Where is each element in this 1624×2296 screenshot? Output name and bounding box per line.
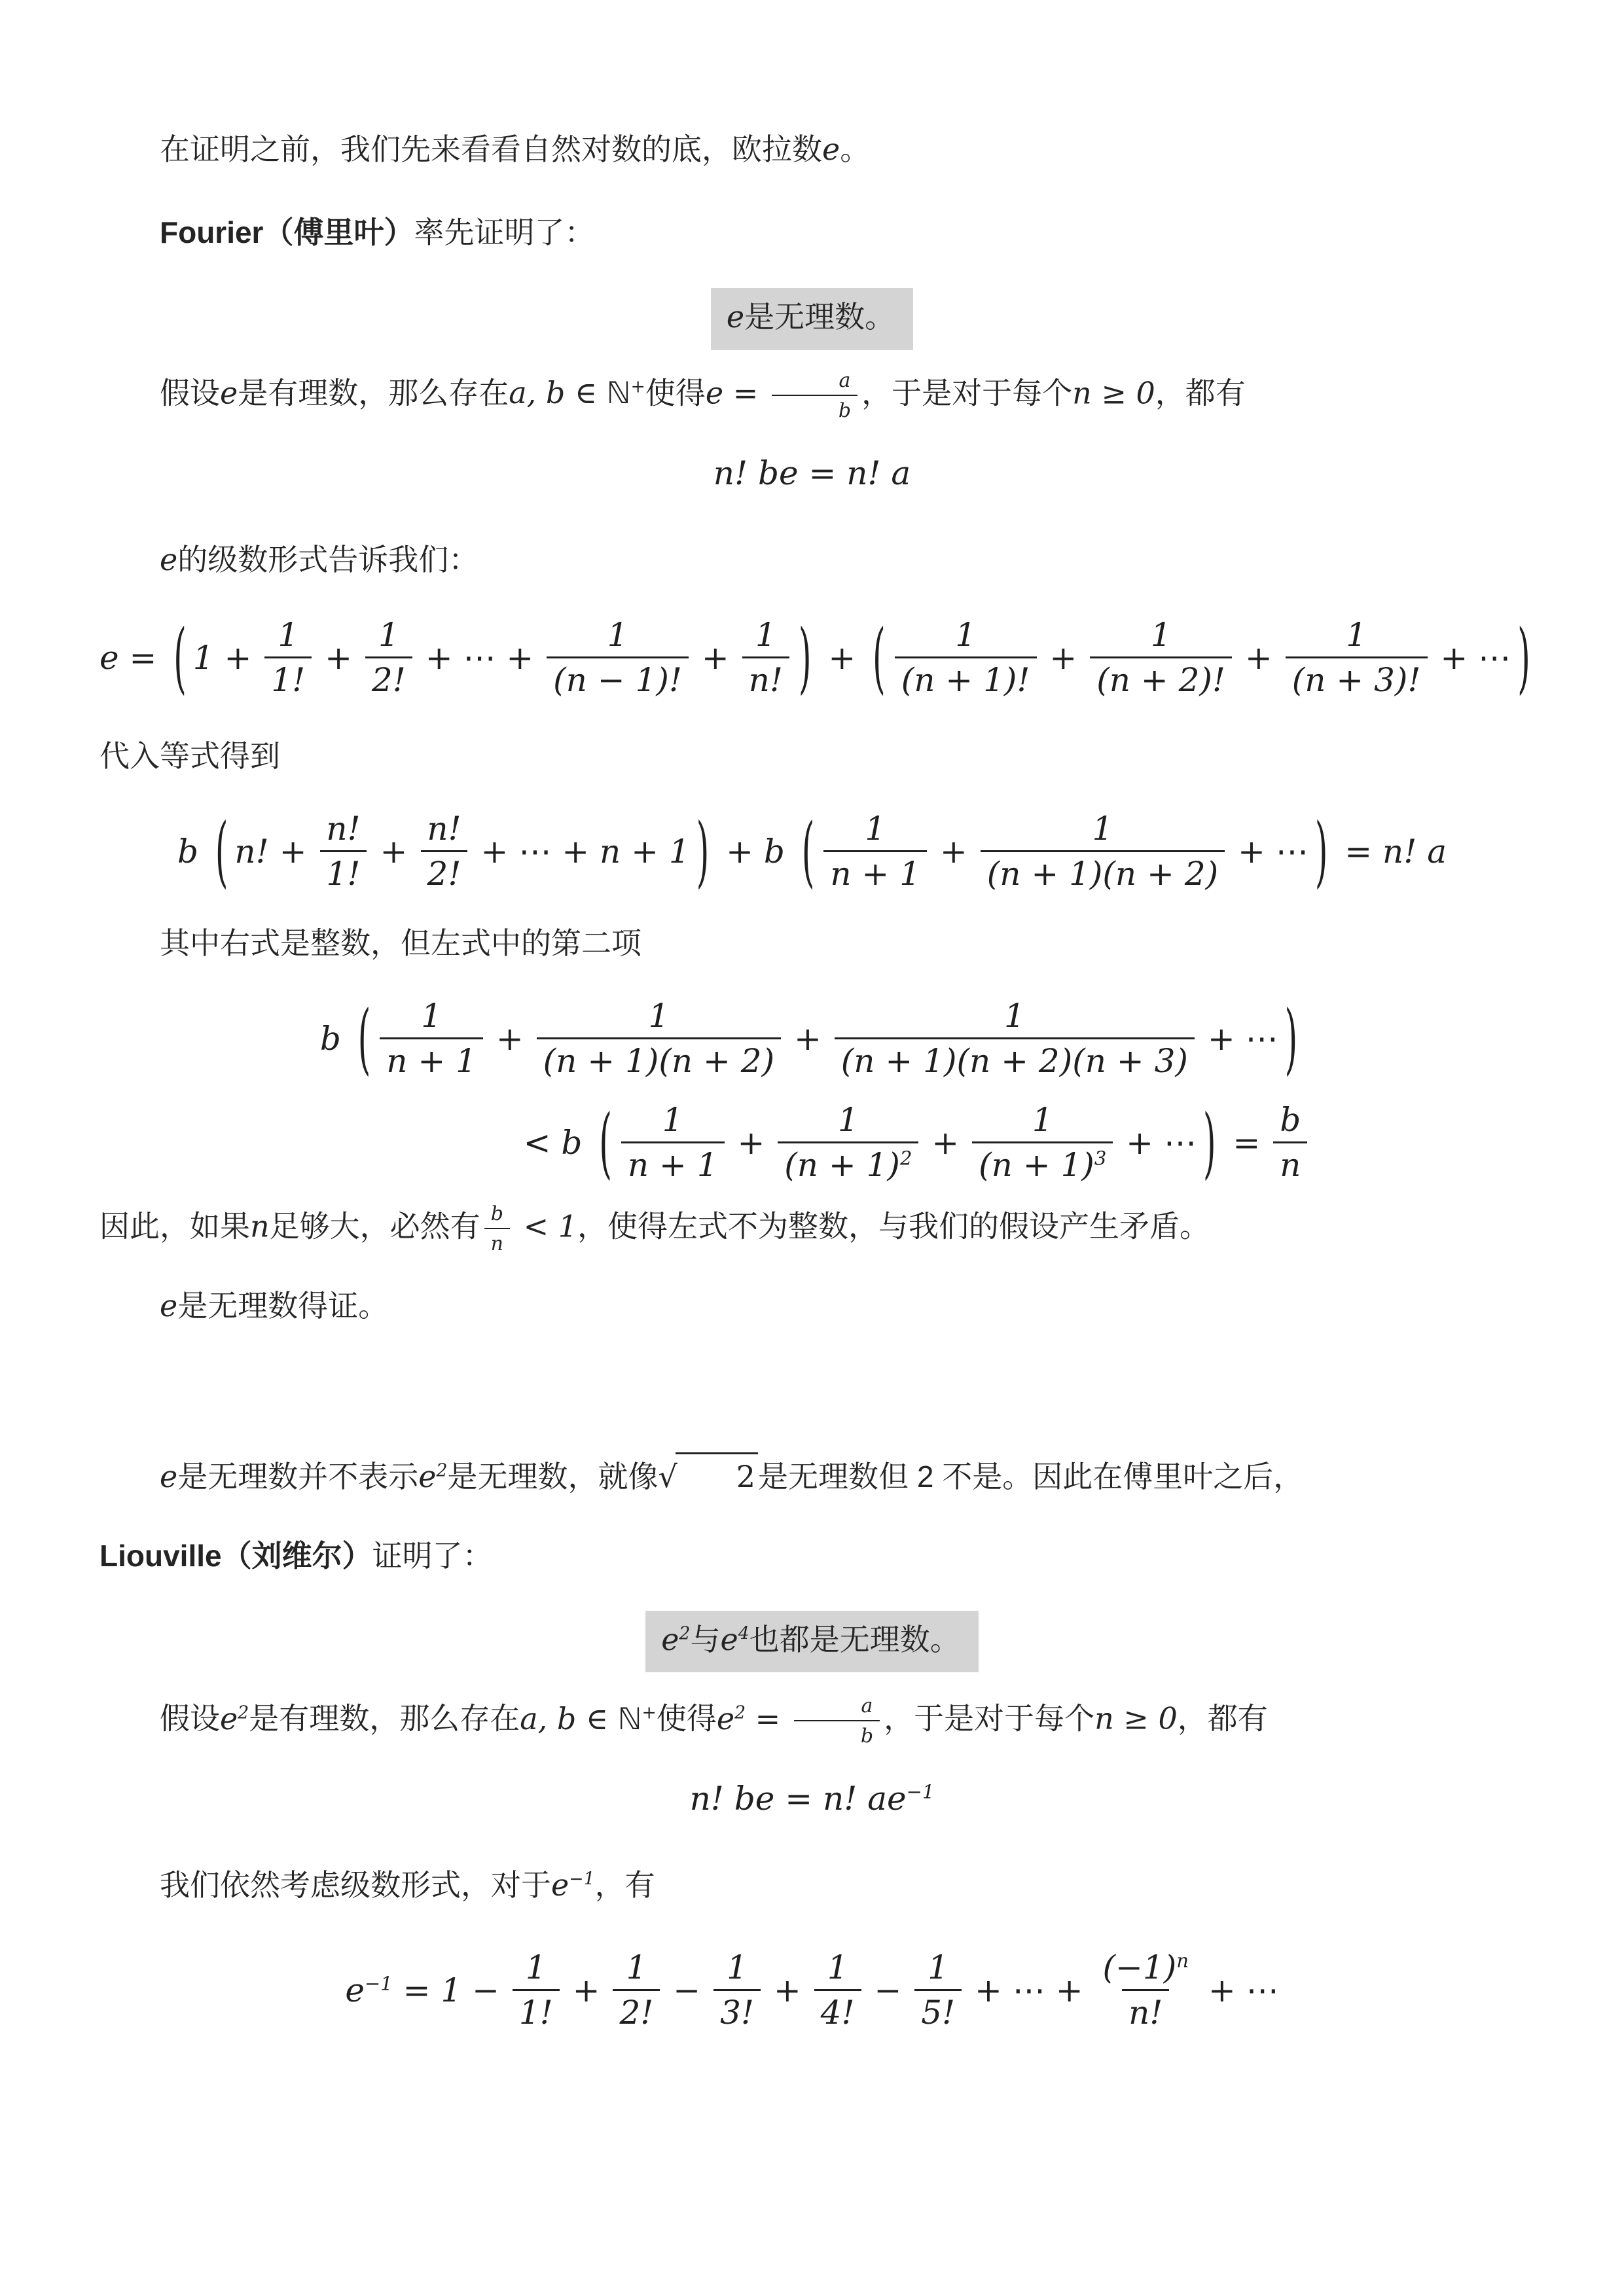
fraction-denominator: 2!: [421, 850, 468, 892]
math-run: + ⋯ +: [964, 1971, 1093, 2009]
math-run: +: [929, 833, 978, 870]
math-run: e: [822, 132, 840, 167]
math-run: +: [1235, 639, 1283, 677]
math-run: e−1: [551, 1867, 595, 1903]
math-run: e2 =: [717, 1701, 790, 1736]
fraction-denominator: n: [484, 1228, 510, 1255]
superscript: 2: [436, 1460, 447, 1480]
math-run: + ⋯: [1430, 639, 1511, 677]
text-run: 也都是无理数。: [749, 1623, 960, 1657]
fraction-denominator: 3!: [713, 1989, 761, 2031]
superscript: −1: [569, 1869, 594, 1890]
math-run: e2: [220, 1701, 249, 1736]
highlight-line: e2与e4也都是无理数。: [99, 1611, 1525, 1672]
stretched-paren: (: [599, 1098, 612, 1187]
stretched-paren: (: [358, 994, 371, 1083]
math-run: e: [160, 542, 177, 577]
fraction: 11!: [513, 1950, 560, 2031]
math-run: + ⋯: [1197, 1020, 1278, 1058]
math-run: + ⋯ +: [415, 639, 544, 677]
text-run: ，都有: [1178, 1702, 1268, 1736]
equation: e−1 = 1 − 11! + 12! − 13! + 14! − 15! + …: [99, 1950, 1525, 2031]
math-run: e: [160, 1459, 177, 1494]
fraction-denominator: 1!: [513, 1989, 560, 2031]
fraction-denominator: n!: [742, 656, 789, 698]
bold-text-run: Liouville（刘维尔）: [99, 1539, 372, 1573]
fraction: 1(n + 1)(n + 2): [981, 811, 1225, 892]
superscript: +: [641, 1703, 656, 1723]
math-run: +: [784, 1020, 832, 1058]
fraction-numerator: 1: [831, 1102, 865, 1141]
equation-content: < b (1n + 1 + 1(n + 1)2 + 1(n + 1)3 + ⋯)…: [524, 1102, 1310, 1183]
fraction-numerator: 1: [656, 1102, 690, 1141]
math-run: 1 +: [193, 639, 262, 677]
math-run: e: [220, 375, 238, 410]
math-run: + b: [715, 833, 795, 870]
fraction-numerator: b: [484, 1203, 510, 1228]
math-run: +: [486, 1020, 534, 1058]
fraction: 1n!: [742, 617, 789, 698]
math-run: −: [864, 1971, 912, 2009]
fraction-numerator: 1: [641, 998, 676, 1037]
superscript: +: [630, 377, 645, 397]
text-run: 率先证明了：: [414, 215, 594, 249]
fraction-numerator: 1: [414, 998, 448, 1037]
math-run: +: [763, 1971, 812, 2009]
equation: b (n! + n!1! + n!2! + ⋯ + n + 1) + b (1n…: [99, 811, 1525, 892]
math-run: n! +: [234, 833, 317, 870]
stretched-paren: ): [1285, 994, 1298, 1083]
fraction-denominator: n + 1: [621, 1141, 725, 1183]
text-run: 是无理数并不表示: [177, 1460, 418, 1494]
paragraph: 其中右式是整数，但左式中的第二项: [99, 922, 1525, 965]
fraction: 12!: [365, 617, 412, 698]
paragraph: 我们依然考虑级数形式，对于e−1，有: [99, 1863, 1525, 1907]
fraction-denominator: (n + 2)!: [1090, 656, 1232, 698]
text-run: ，使得左式不为整数，与我们的假设产生矛盾。: [577, 1209, 1210, 1243]
text-run: 因此，如果: [99, 1209, 250, 1243]
text-run: 在证明之前，我们先来看看自然对数的底，欧拉数: [160, 132, 822, 166]
fraction-numerator: 1: [858, 811, 892, 850]
text-run: 是有理数，那么存在: [238, 376, 509, 410]
math-run: + ⋯: [1115, 1124, 1197, 1162]
fraction: 14!: [814, 1950, 861, 2031]
paragraph: 代入等式得到: [99, 734, 1525, 778]
equation-content: n! be = n! a: [713, 454, 911, 492]
radical-sign: √: [658, 1459, 677, 1494]
equation: n! be = n! a: [99, 454, 1525, 492]
math-run: n ≥ 0: [1094, 1701, 1178, 1736]
math-run: e: [727, 299, 744, 334]
math-run: +: [691, 639, 740, 677]
fraction: 1(n + 1)(n + 2)(n + 3): [835, 998, 1195, 1079]
fraction: 1(n − 1)!: [547, 617, 689, 698]
fraction: bn: [1273, 1102, 1307, 1183]
text-run: 使得: [657, 1702, 717, 1736]
math-run: +: [1039, 639, 1088, 677]
text-run: 证明了：: [372, 1539, 493, 1573]
equation: n! be = n! ae−1: [99, 1780, 1525, 1818]
paragraph: 假设e是有理数，那么存在a, b ∈ ℕ+使得e = ab，于是对于每个n ≥ …: [99, 370, 1525, 422]
math-run: e =: [706, 375, 768, 410]
math-run: +: [562, 1971, 611, 2009]
math-run: e: [160, 1288, 177, 1323]
math-run: +: [370, 833, 418, 870]
superscript: −1: [907, 1781, 935, 1803]
fraction: 1(n + 1)!: [895, 617, 1037, 698]
fraction: 1(n + 1)2: [778, 1102, 918, 1183]
text-run: 假设: [160, 1702, 220, 1736]
fraction-denominator: n: [1273, 1141, 1307, 1183]
fraction-numerator: 1: [519, 1950, 553, 1989]
math-run: b: [320, 1020, 352, 1058]
paragraph: 因此，如果n足够大，必然有bn < 1，使得左式不为整数，与我们的假设产生矛盾。: [99, 1203, 1525, 1255]
fraction-numerator: 1: [1144, 617, 1178, 656]
fraction: 13!: [713, 1950, 761, 2031]
math-run: e2: [418, 1459, 447, 1494]
fraction-numerator: 1: [998, 998, 1032, 1037]
superscript: 4: [738, 1624, 749, 1644]
fraction: 1(n + 1)3: [972, 1102, 1113, 1183]
math-run: e =: [99, 639, 167, 677]
math-run: + ⋯ + n + 1: [471, 833, 690, 870]
math-run: e−1 = 1 −: [345, 1971, 510, 2009]
math-run: b: [177, 833, 209, 870]
fraction: 1n + 1: [380, 998, 483, 1079]
math-run: n! be = n! a: [713, 454, 911, 492]
fraction-numerator: a: [772, 370, 857, 395]
highlight-line: e是无理数。: [99, 288, 1525, 350]
text-run: ，有: [595, 1868, 655, 1902]
text-run: 的级数形式告诉我们：: [177, 543, 478, 577]
fraction-numerator: 1: [1339, 617, 1373, 656]
fraction: (−1)nn!: [1096, 1950, 1195, 2031]
fraction: n!2!: [420, 811, 467, 892]
text-run: 是无理数。: [744, 300, 895, 334]
fraction-numerator: n!: [420, 811, 467, 850]
fraction-denominator: (n − 1)!: [547, 656, 689, 698]
fraction-numerator: 1: [1086, 811, 1120, 850]
fraction-numerator: b: [1273, 1102, 1307, 1141]
math-run: −: [662, 1971, 711, 2009]
math-run: n! be = n! ae−1: [690, 1780, 935, 1818]
math-run: +: [314, 639, 363, 677]
math-run: < 1: [514, 1208, 577, 1244]
math-run: +: [818, 639, 866, 677]
superscript: n: [1176, 1949, 1189, 1971]
fraction-denominator: b: [794, 1720, 880, 1747]
text-run: 是无理数但 2 不是。因此在傅里叶之后，: [758, 1460, 1303, 1494]
document-content: 在证明之前，我们先来看看自然对数的底，欧拉数e。Fourier（傅里叶）率先证明…: [99, 128, 1525, 2031]
equation-content: b (n! + n!1! + n!2! + ⋯ + n + 1) + b (1n…: [177, 811, 1447, 892]
fraction: 1(n + 3)!: [1286, 617, 1428, 698]
superscript: 2: [679, 1624, 691, 1644]
fraction: n!1!: [319, 811, 367, 892]
stretched-paren: ): [696, 807, 710, 896]
math-run: a, b ∈ ℕ+: [520, 1701, 657, 1736]
fraction-denominator: b: [772, 395, 857, 422]
equation-content: n! be = n! ae−1: [690, 1780, 935, 1818]
equation: < b (1n + 1 + 1(n + 1)2 + 1(n + 1)3 + ⋯)…: [99, 1102, 1525, 1183]
fraction: 1(n + 1)(n + 2): [537, 998, 781, 1079]
radicand: 2: [676, 1452, 758, 1499]
text-run: 使得: [645, 376, 706, 410]
document-page: 在证明之前，我们先来看看自然对数的底，欧拉数e。Fourier（傅里叶）率先证明…: [0, 0, 1624, 2296]
text-run: 是无理数，就像: [447, 1460, 658, 1494]
fraction-denominator: n + 1: [380, 1037, 483, 1079]
superscript: −1: [365, 1972, 393, 1994]
fraction-numerator: 1: [1026, 1102, 1060, 1141]
math-run: < b: [524, 1124, 593, 1162]
math-run: + ⋯: [1198, 1971, 1279, 2009]
stretched-paren: ): [799, 613, 812, 702]
fraction-numerator: n!: [319, 811, 367, 850]
equation: e = (1 + 11! + 12! + ⋯ + 1(n − 1)! + 1n!…: [99, 617, 1525, 698]
stretched-paren: ): [1517, 613, 1530, 702]
highlight-box: e2与e4也都是无理数。: [645, 1611, 978, 1672]
fraction-denominator: n!: [1122, 1989, 1169, 2031]
fraction-denominator: 1!: [264, 656, 312, 698]
fraction-denominator: (n + 1)(n + 2)(n + 3): [835, 1037, 1195, 1079]
paragraph: 假设e2是有理数，那么存在a, b ∈ ℕ+使得e2 = ab，于是对于每个n …: [99, 1695, 1525, 1747]
fraction-denominator: 2!: [613, 1989, 660, 2031]
fraction-denominator: (n + 1)!: [895, 656, 1037, 698]
fraction-denominator: 1!: [320, 850, 367, 892]
equation-content: b (1n + 1 + 1(n + 1)(n + 2) + 1(n + 1)(n…: [320, 998, 1304, 1079]
fraction-numerator: 1: [601, 617, 635, 656]
fraction-denominator: (n + 1)3: [972, 1141, 1113, 1183]
fraction-numerator: 1: [948, 617, 983, 656]
paragraph: Fourier（傅里叶）率先证明了：: [99, 211, 1525, 255]
fraction-numerator: 1: [821, 1950, 855, 1989]
text-run: 其中右式是整数，但左式中的第二项: [160, 926, 641, 960]
superscript: 3: [1094, 1147, 1106, 1169]
text-run: 足够大，必然有: [270, 1209, 480, 1243]
math-run: +: [727, 1124, 776, 1162]
paragraph: e的级数形式告诉我们：: [99, 538, 1525, 582]
paragraph: e是无理数得证。: [99, 1284, 1525, 1328]
fraction-numerator: 1: [720, 1950, 754, 1989]
math-run: e4: [721, 1622, 749, 1657]
fraction: ab: [794, 1695, 880, 1747]
math-run: n: [250, 1208, 270, 1244]
text-run: 。: [840, 132, 870, 166]
fraction-denominator: 5!: [914, 1989, 962, 2031]
fraction-numerator: 1: [749, 617, 783, 656]
fraction-denominator: n + 1: [823, 850, 927, 892]
stretched-paren: (: [873, 613, 886, 702]
fraction: ab: [772, 370, 857, 422]
paragraph: Liouville（刘维尔）证明了：: [99, 1534, 1525, 1578]
fraction-denominator: (n + 3)!: [1286, 656, 1428, 698]
fraction: 1n + 1: [621, 1102, 725, 1183]
fraction: 11!: [264, 617, 312, 698]
fraction-numerator: 1: [620, 1950, 654, 1989]
math-run: e2: [661, 1622, 690, 1657]
text-run: 我们依然考虑级数形式，对于: [160, 1868, 551, 1902]
text-run: 是有理数，那么存在: [249, 1702, 520, 1736]
paragraph: e是无理数并不表示e2是无理数，就像√2是无理数但 2 不是。因此在傅里叶之后，: [99, 1452, 1525, 1499]
bold-text-run: Fourier（傅里叶）: [160, 215, 414, 249]
fraction-numerator: (−1)n: [1096, 1950, 1195, 1989]
stretched-paren: (: [173, 613, 187, 702]
fraction-numerator: a: [795, 1695, 880, 1720]
math-run: a, b ∈ ℕ+: [509, 375, 645, 410]
math-run: + ⋯: [1227, 833, 1308, 870]
text-run: ，都有: [1155, 376, 1246, 410]
fraction-denominator: (n + 1)(n + 2): [981, 850, 1225, 892]
superscript: 2: [900, 1147, 912, 1169]
math-run: = n! a: [1334, 833, 1447, 870]
equation: b (1n + 1 + 1(n + 1)(n + 2) + 1(n + 1)(n…: [99, 998, 1525, 1079]
fraction-numerator: 1: [372, 617, 406, 656]
square-root: √2: [658, 1459, 758, 1494]
fraction: 12!: [613, 1950, 660, 2031]
stretched-paren: (: [215, 807, 228, 896]
superscript: 2: [734, 1703, 746, 1723]
math-run: n ≥ 0: [1072, 375, 1155, 410]
superscript: 2: [238, 1703, 249, 1723]
stretched-paren: ): [1315, 807, 1328, 896]
highlight-box: e是无理数。: [711, 288, 913, 350]
math-run: =: [1222, 1124, 1271, 1162]
text-run: ，于是对于每个: [884, 1702, 1094, 1736]
fraction-numerator: 1: [921, 1950, 955, 1989]
fraction: bn: [484, 1203, 510, 1255]
text-run: 与: [691, 1623, 721, 1657]
equation-content: e = (1 + 11! + 12! + ⋯ + 1(n − 1)! + 1n!…: [99, 617, 1537, 698]
fraction-denominator: 4!: [814, 1989, 861, 2031]
math-run: +: [921, 1124, 969, 1162]
text-run: 假设: [160, 376, 220, 410]
text-run: 是无理数得证。: [177, 1289, 388, 1323]
text-run: ，于是对于每个: [861, 376, 1072, 410]
fraction-numerator: 1: [271, 617, 305, 656]
text-run: 代入等式得到: [99, 739, 280, 773]
fraction: 1(n + 2)!: [1090, 617, 1232, 698]
stretched-paren: ): [1203, 1098, 1216, 1187]
paragraph: 在证明之前，我们先来看看自然对数的底，欧拉数e。: [99, 128, 1525, 171]
fraction-denominator: (n + 1)2: [778, 1141, 918, 1183]
fraction: 15!: [914, 1950, 962, 2031]
fraction-denominator: (n + 1)(n + 2): [537, 1037, 781, 1079]
fraction-denominator: 2!: [365, 656, 412, 698]
stretched-paren: (: [802, 807, 815, 896]
fraction: 1n + 1: [823, 811, 927, 892]
equation-content: e−1 = 1 − 11! + 12! − 13! + 14! − 15! + …: [345, 1950, 1278, 2031]
